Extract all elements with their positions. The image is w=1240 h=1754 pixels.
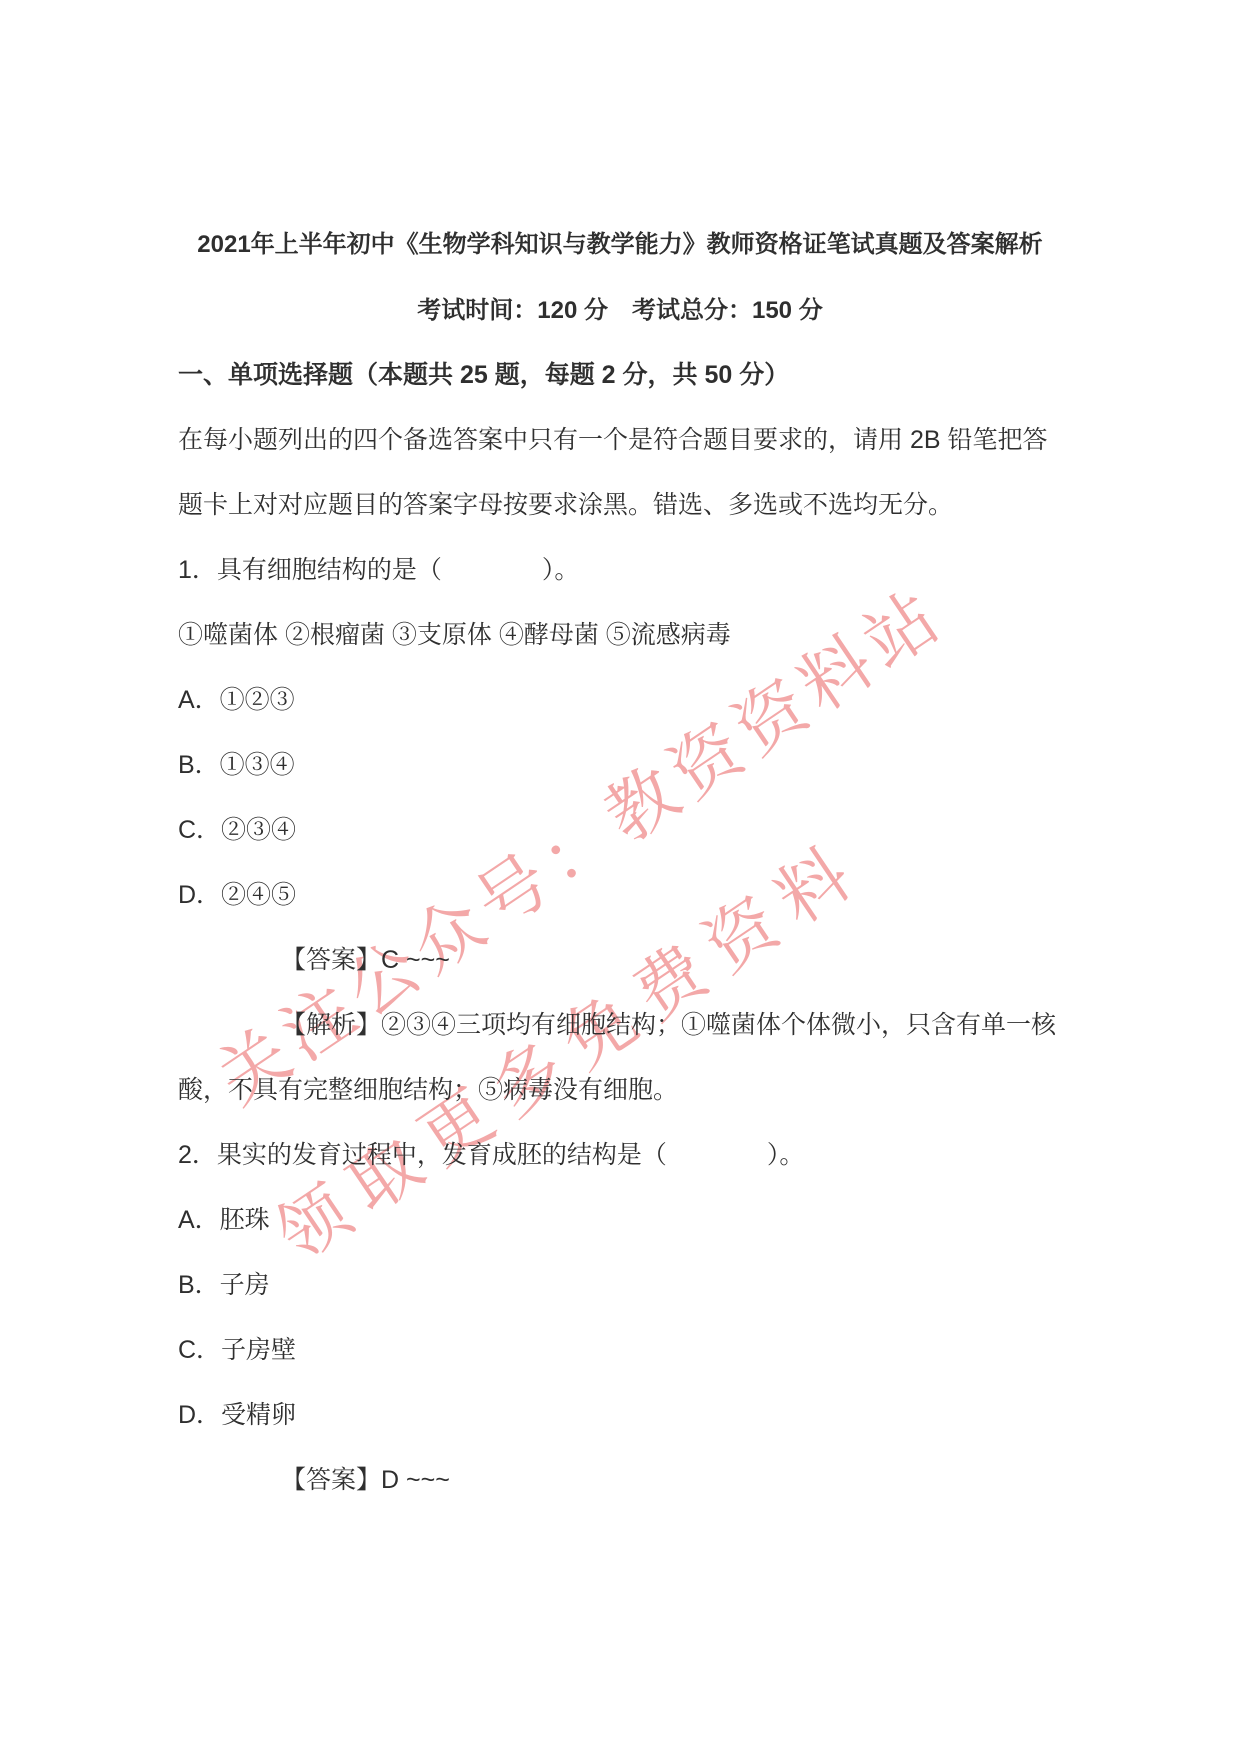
question-2-option-a: A．胚珠 xyxy=(178,1188,270,1253)
document-title: 2021年上半年初中《生物学科知识与教学能力》教师资格证笔试真题及答案解析 xyxy=(0,212,1240,277)
question-2-option-b: B．子房 xyxy=(178,1253,270,1318)
exam-info: 考试时间：120 分 考试总分：150 分 xyxy=(0,278,1240,343)
question-1-option-a: A．①②③ xyxy=(178,668,295,733)
question-1-analysis-line-1: 【解析】②③④三项均有细胞结构；①噬菌体个体微小，只含有单一核 xyxy=(281,993,1056,1058)
instruction-line-1: 在每小题列出的四个备选答案中只有一个是符合题目要求的，请用 2B 铅笔把答 xyxy=(178,408,1047,473)
question-1-analysis-line-2: 酸，不具有完整细胞结构；⑤病毒没有细胞。 xyxy=(178,1058,678,1123)
question-1-option-c: C．②③④ xyxy=(178,798,296,863)
question-1-option-d: D．②④⑤ xyxy=(178,863,296,928)
question-1-answer: 【答案】C ~~~ xyxy=(281,928,450,993)
section-heading: 一、单项选择题（本题共 25 题，每题 2 分，共 50 分） xyxy=(178,343,789,408)
question-2-stem: 2．果实的发育过程中，发育成胚的结构是（ ）。 xyxy=(178,1123,804,1188)
instruction-line-2: 题卡上对对应题目的答案字母按要求涂黑。错选、多选或不选均无分。 xyxy=(178,473,953,538)
question-1-sub-items: ①噬菌体 ②根瘤菌 ③支原体 ④酵母菌 ⑤流感病毒 xyxy=(178,603,731,668)
document-page: 关注公众号：教资资料站 领取更多免费资料 2021年上半年初中《生物学科知识与教… xyxy=(0,0,1240,1754)
question-2-option-d: D．受精卵 xyxy=(178,1383,296,1448)
question-1-stem: 1．具有细胞结构的是（ ）。 xyxy=(178,538,579,603)
question-2-option-c: C．子房壁 xyxy=(178,1318,296,1383)
question-2-answer: 【答案】D ~~~ xyxy=(281,1448,450,1513)
question-1-option-b: B．①③④ xyxy=(178,733,295,798)
